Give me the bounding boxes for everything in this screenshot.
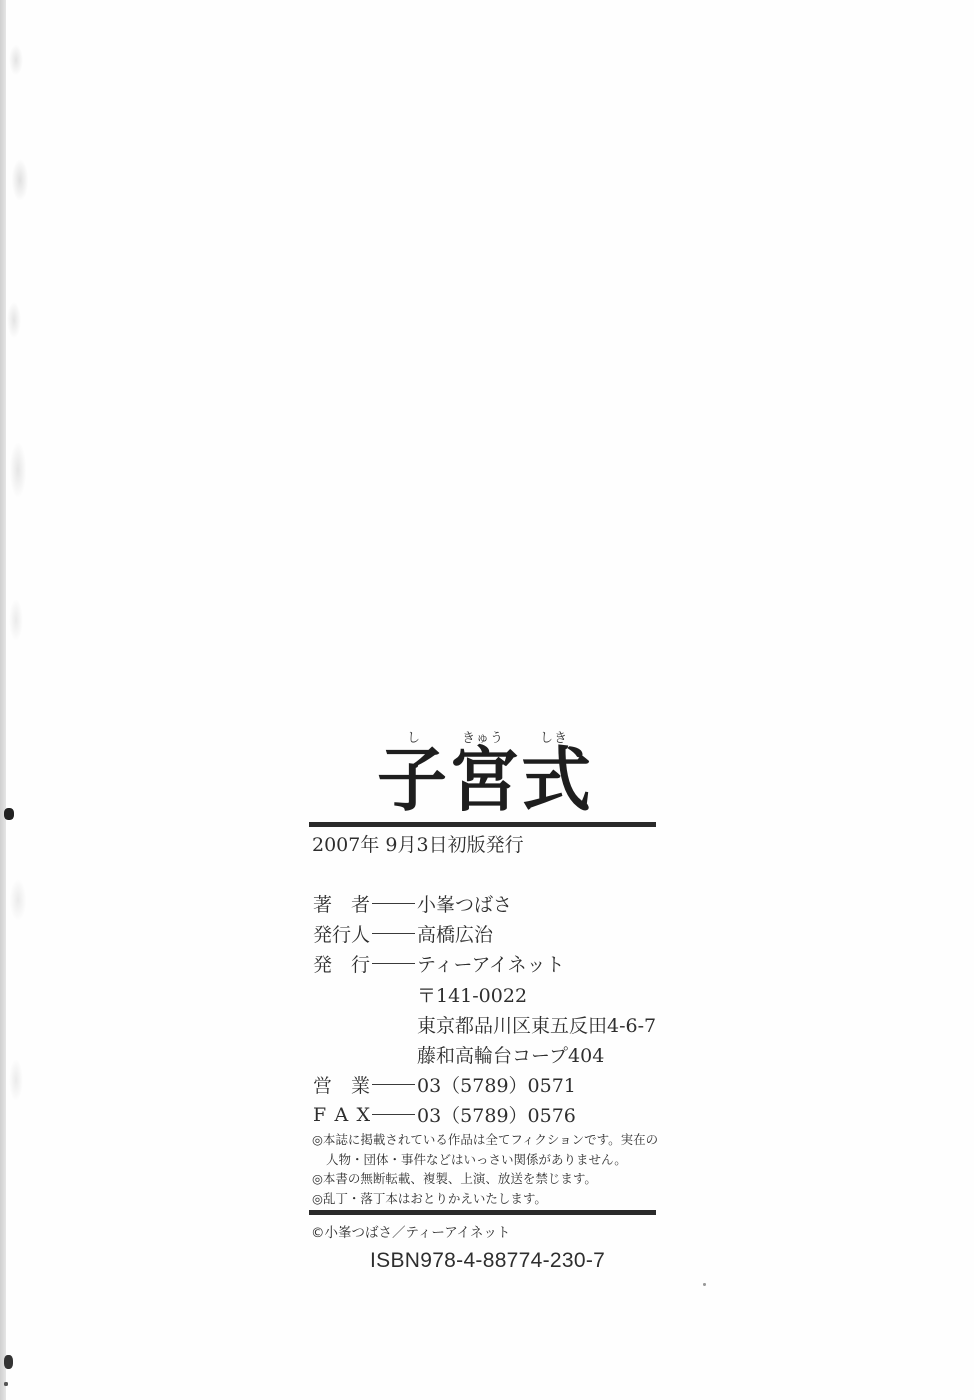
notice-fiction-cont: 人物・団体・事件などはいっさい関係がありません。	[326, 1150, 627, 1168]
book-title: 子宮式	[377, 742, 593, 818]
credit-label: 発行	[313, 950, 370, 977]
credit-value: 小峯つばさ	[417, 890, 512, 917]
phone-number: 03（5789）0571	[417, 1071, 576, 1098]
postal-code: 〒141-0022	[417, 981, 527, 1008]
divider-rule	[309, 1210, 656, 1215]
leader-dash	[372, 963, 415, 964]
credit-publisher: 発行 ティーアイネット	[313, 950, 565, 977]
contact-sales: 営業 03（5789）0571	[313, 1071, 576, 1098]
credit-publisher-person: 発行人 高橋広治	[313, 920, 493, 947]
contact-fax: FAX 03（5789）0576	[313, 1101, 576, 1128]
notice-copying: ◎本書の無断転載、複製、上演、放送を禁じます。	[312, 1169, 597, 1187]
contact-label: 営業	[313, 1071, 370, 1098]
isbn: ISBN978-4-88774-230-7	[370, 1249, 605, 1273]
credit-label: 発行人	[313, 920, 370, 947]
notice-fiction: ◎本誌に掲載されている作品は全てフィクションです。実在の	[312, 1130, 658, 1148]
fax-number: 03（5789）0576	[417, 1101, 576, 1128]
copyright-notice: ©小峯つばさ／ティーアイネット	[311, 1221, 510, 1241]
contact-label: FAX	[313, 1104, 370, 1126]
leader-dash	[372, 903, 415, 904]
address-line-1: 東京都品川区東五反田4-6-7	[417, 1011, 656, 1038]
leader-dash	[372, 1114, 415, 1115]
address-line-2: 藤和高輪台コープ404	[417, 1041, 604, 1068]
divider-rule	[309, 822, 656, 827]
leader-dash	[372, 933, 415, 934]
publication-date: 2007年 9月3日初版発行	[312, 830, 524, 857]
leader-dash	[372, 1084, 415, 1085]
credit-value: ティーアイネット	[417, 950, 565, 977]
notice-defects: ◎乱丁・落丁本はおとりかえいたします。	[312, 1189, 547, 1207]
colophon: し きゅう しき 子宮式 2007年 9月3日初版発行 著者 小峯つばさ 発行人…	[0, 0, 974, 1400]
credit-author: 著者 小峯つばさ	[313, 890, 512, 917]
credit-value: 高橋広治	[417, 920, 493, 947]
credit-label: 著者	[313, 890, 370, 917]
